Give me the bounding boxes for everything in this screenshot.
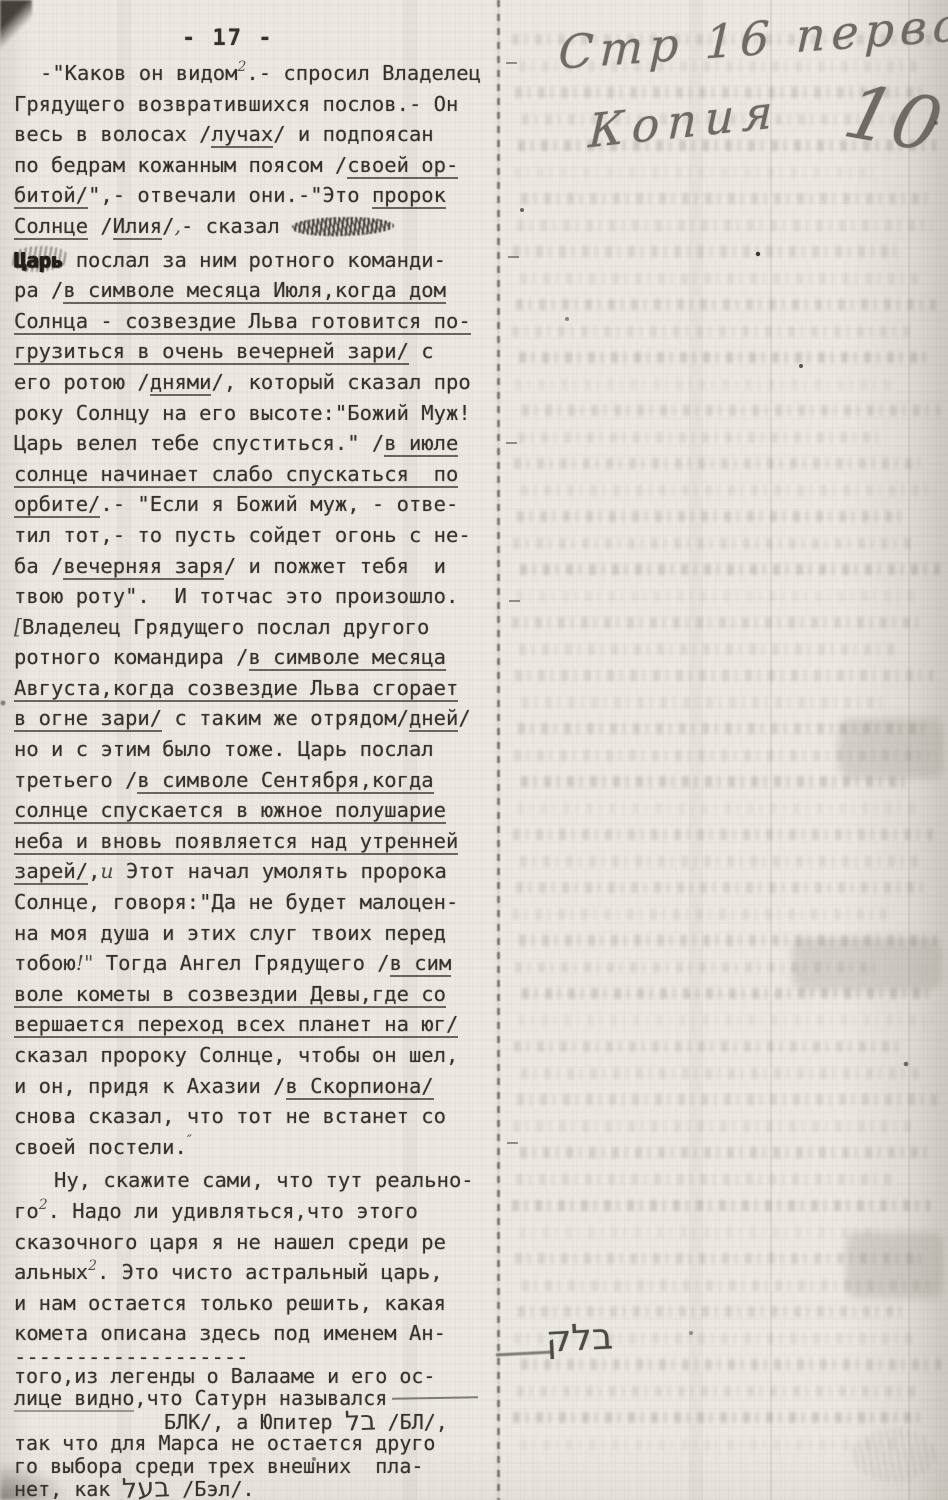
hebrew-margin-note: בלק <box>545 1316 614 1360</box>
margin-tick <box>508 256 519 258</box>
page-number: - 17 - <box>14 26 496 58</box>
typed-line: Царь велел тебе спуститься." /в июле <box>14 428 496 459</box>
ghost-text-line <box>517 220 932 231</box>
typed-line: и нам остается только решить, какая <box>14 1288 496 1319</box>
typed-line: но и с этим было тоже. Царь послал <box>14 734 496 765</box>
ghost-text-line <box>513 829 933 840</box>
ghost-text-line <box>520 856 918 867</box>
scanned-page: - 17 - -"Каков он видом2.- спросил Владе… <box>0 0 948 1500</box>
typed-line: солнце начинает слабо спускаться по <box>14 459 496 490</box>
scan-corner-shadow <box>0 0 32 50</box>
typed-line: так что для Марса не остается друго <box>14 1432 496 1455</box>
page-fold-line <box>497 0 500 1500</box>
typed-line: сказал пророку Солнце, чтобы он шел, <box>14 1040 496 1071</box>
typed-line: Царь послал за ним ротного команди- <box>14 245 496 276</box>
typed-line: ба /вечерняя заря/ и пожжет тебя и <box>14 551 496 582</box>
ghost-text-line <box>517 1386 915 1397</box>
ghost-text-line <box>515 670 933 681</box>
typed-line: Августа,когда созвездие Льва сгорает <box>14 673 496 704</box>
ghost-text-line <box>520 1147 932 1158</box>
typed-line: року Солнцу на его высоте:"Божий Муж! <box>14 398 496 429</box>
ghost-text-line <box>512 1200 930 1211</box>
ghost-text-line <box>512 326 910 337</box>
overwritten-word: Царь <box>14 248 63 272</box>
ink-smudge <box>846 1232 944 1298</box>
ghost-text-line <box>519 1227 879 1238</box>
ghost-text-line <box>513 538 915 549</box>
typed-line: воле кометы в созвездии Девы,где со <box>14 979 496 1010</box>
typed-line: Солнца - созвездие Льва готовится по- <box>14 306 496 337</box>
typed-line: ра /в символе месяца Июля,когда дом <box>14 275 496 306</box>
ghost-text-line <box>515 379 895 390</box>
handwritten-number: 10 <box>836 69 948 169</box>
ghost-text-line <box>518 1015 933 1026</box>
margin-tick <box>506 62 517 64</box>
faint-handwriting-mark <box>852 1428 936 1482</box>
ghost-text-line <box>513 1121 911 1132</box>
ghost-text-line <box>522 697 882 708</box>
typed-line: Грядущего возвратившихся послов.- Он <box>14 89 496 120</box>
ghost-text-line <box>519 352 931 363</box>
ghost-text-line <box>519 644 899 655</box>
typed-line: по бедрам кожанным поясом /своей ор- <box>14 150 496 181</box>
typed-line: грузиться в очень вечерней зари/ с <box>14 336 496 367</box>
typed-line: орбите/.- "Если я Божий муж, - отве- <box>14 489 496 520</box>
ink-smudge <box>838 718 944 778</box>
typed-line: ------------------- <box>14 1349 496 1365</box>
hebrew-word: בעל <box>122 1478 171 1500</box>
typed-line: го выбора среди трех внешних пла- <box>14 1455 496 1478</box>
typed-line: Солнце /Илия/,- сказал <box>14 211 496 242</box>
ghost-text-line <box>521 193 927 204</box>
ghost-text-line <box>518 432 878 443</box>
ghost-text-line <box>512 617 924 628</box>
ghost-text-line <box>516 299 936 310</box>
typed-line: зарей/,и Этот начал умолять пророка <box>14 856 496 887</box>
typed-line: [Владелец Грядущего послал другого <box>14 612 496 643</box>
ghost-text-line <box>516 882 928 893</box>
ghost-text-line <box>521 485 936 496</box>
ghost-text-line <box>520 1439 900 1450</box>
typed-line: -"Каков он видом2.- спросил Владелец <box>14 58 496 89</box>
typed-line: сказочного царя я не нашел среди ре <box>14 1227 496 1258</box>
ghost-text-line <box>517 511 905 522</box>
typed-line: Ну, скажите сами, что тут реально- <box>14 1165 496 1196</box>
margin-tick <box>507 1142 518 1144</box>
handwritten-dash <box>392 1397 478 1401</box>
typed-line: неба и вновь появляется над утренней <box>14 826 496 857</box>
scan-corner-shadow <box>0 1462 70 1500</box>
ink-smudge <box>792 938 942 990</box>
typed-line: того,из легенды о Валааме и его ос- <box>14 1365 496 1388</box>
ghost-text-line <box>520 273 922 284</box>
margin-tick <box>509 600 520 602</box>
typed-line: в огне зари/ с таким же отрядом/дней/ <box>14 703 496 734</box>
ghost-text-line <box>521 1068 923 1079</box>
ghost-text-line <box>518 1306 906 1317</box>
typed-line: альных2. Это чисто астральный царь, <box>14 1257 496 1288</box>
ghost-text-line <box>513 246 901 257</box>
typed-line: твою роту". И тотчас это произошло. <box>14 581 496 612</box>
hebrew-word: בל <box>344 1410 376 1434</box>
ghost-text-line <box>517 1094 937 1105</box>
ghost-text-line <box>516 591 914 602</box>
typed-line: его ротою /днями/, который сказал про <box>14 367 496 398</box>
ghost-text-line <box>516 1174 896 1185</box>
handwritten-scribble <box>292 215 395 238</box>
typed-text: -"Каков он видом2.- спросил ВладелецГряд… <box>14 58 496 1500</box>
margin-tick <box>506 442 517 444</box>
typed-line: снова сказал, что тот не встанет со <box>14 1101 496 1132</box>
ghost-text-line <box>517 803 919 814</box>
typed-line: весь в волосах /лучах/ и подпоясан <box>14 119 496 150</box>
typed-line: и он, придя к Ахазии /в Скорпиона/ <box>14 1071 496 1102</box>
typed-line: БЛК/, а Юпитер בל /БЛ/, <box>14 1410 496 1433</box>
typed-line: третьего /в символе Сентября,когда <box>14 765 496 796</box>
typed-line: Солнце, говоря:"Да не будет малоцен- <box>14 887 496 918</box>
ghost-text-line <box>514 1041 902 1052</box>
typed-line: тил тот,- то пусть сойдет огонь с не- <box>14 520 496 551</box>
typed-line: солнце спускается в южное полушарие <box>14 795 496 826</box>
paper-specks <box>0 0 2 2</box>
typed-line: битой/",- отвечали они.-"Это пророк <box>14 180 496 211</box>
typed-line: го2. Надо ли удивляться,что этого <box>14 1196 496 1227</box>
ghost-text-line <box>522 405 940 416</box>
typed-line: нет, как בעל /Бэл/. <box>14 1477 496 1500</box>
ghost-text-line <box>520 564 940 575</box>
typed-line: вершается переход всех планет на юг/ <box>14 1009 496 1040</box>
ghost-text-line <box>512 909 892 920</box>
ghost-text-line <box>521 1359 941 1370</box>
typed-line: лице видно,что Сатурн назывался <box>14 1387 496 1410</box>
ghost-text-line <box>514 458 920 469</box>
typed-text-column: - 17 - -"Каков он видом2.- спросил Владе… <box>14 26 496 1500</box>
typed-line: ротного командира /в символе месяца <box>14 642 496 673</box>
ghost-text-line <box>513 1412 925 1423</box>
typed-line: тобою!" Тогда Ангел Грядущего /в сим <box>14 948 496 979</box>
ghost-text-line <box>514 167 874 178</box>
typed-line: своей постели.″ <box>14 1132 496 1163</box>
typed-line: на моя душа и этих слуг твоих перед <box>14 918 496 949</box>
